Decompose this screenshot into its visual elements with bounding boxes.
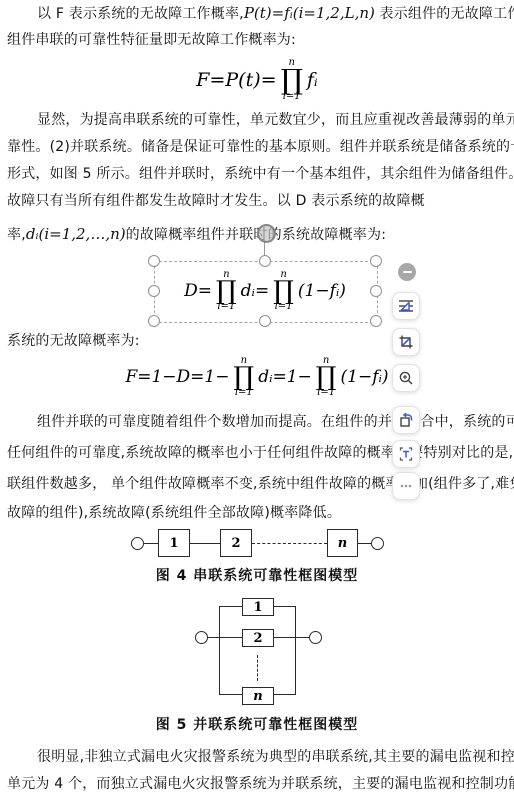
selection-box[interactable] — [154, 261, 378, 323]
terminal-circle — [131, 537, 144, 550]
formula-text: F=P(t)= — [196, 69, 276, 91]
rotate-icon — [398, 412, 414, 428]
selection-handle-bottom-left[interactable] — [148, 315, 160, 327]
connector-line — [144, 543, 158, 544]
text-line: 联组件数越多， 单个组件故障概率不变,系统中组件故障的概率增加(组件多了,难免会… — [7, 475, 514, 494]
block-n: n — [242, 687, 274, 705]
crop-button[interactable] — [392, 328, 420, 356]
text-line: 单元为 4 个，而独立式漏电火灾报警系统为并联系统，主要的漏电监视和控制功能单元… — [7, 775, 514, 794]
product-operator: n∏i=1 — [316, 356, 337, 398]
wrap-layout-icon — [398, 298, 414, 314]
extract-text-button[interactable] — [392, 440, 420, 468]
zoom-in-icon — [398, 370, 414, 386]
rotate-button[interactable] — [392, 406, 420, 434]
crop-icon — [398, 334, 414, 350]
text-line: 很明显,非独立式漏电火灾报警系统为典型的串联系统,其主要的漏电监视和控制功能 — [7, 748, 514, 767]
selection-handle-mid-left[interactable] — [148, 285, 160, 297]
zoom-in-button[interactable] — [392, 364, 420, 392]
rotation-handle[interactable] — [257, 224, 276, 243]
more-options-icon — [398, 478, 414, 494]
terminal-circle — [309, 631, 322, 644]
right-bus — [295, 606, 296, 695]
selection-handle-top-left[interactable] — [148, 255, 160, 267]
dashed-connector — [252, 543, 327, 544]
block-1: 1 — [242, 598, 274, 616]
p1-text: 表示组件的无故障工作概率, — [375, 6, 514, 22]
formula-text: F=1−D=1− — [125, 367, 229, 387]
connector-line — [190, 543, 220, 544]
text-line: 任何组件的可靠度,系统故障的概率也小于任何组件故障的概率需要特别对比的是,系统并 — [7, 444, 514, 463]
dashed-connector — [257, 655, 258, 681]
inline-math: dᵢ(i=1,2,…,n) — [26, 225, 126, 243]
figure4-caption: 图 4 串联系统可靠性框图模型 — [0, 565, 514, 585]
selection-handle-top-center[interactable] — [259, 255, 271, 267]
collapse-minus-icon — [403, 271, 412, 273]
p2-text: 率, — [7, 227, 26, 243]
block-2: 2 — [220, 529, 252, 557]
text-line: 以 F 表示系统的无故障工作概率,P(t)=fᵢ(i=1,2,L,n) 表示组件… — [7, 4, 514, 24]
terminal-circle — [371, 537, 384, 550]
formula-text: dᵢ=1− — [258, 367, 312, 387]
block-1: 1 — [158, 529, 190, 557]
text-line: 显然，为提高串联系统的可靠性，单元数宜少，而且应重视改善最薄弱的单元的可 — [7, 111, 514, 130]
text-line: 系统的无故障概率为: — [7, 332, 140, 351]
text-line: 靠性。(2)并联系统。储备是保证可靠性的基本原则。组件并联系统是储备系统的一种 — [7, 138, 514, 157]
connector-line — [358, 543, 371, 544]
wrap-layout-button[interactable] — [392, 292, 420, 320]
extract-text-icon — [398, 446, 414, 462]
p1-text: 以 F 表示系统的无故障工作概率, — [37, 6, 244, 22]
text-line: 故障的组件),系统故障(系统组件全部故障)概率降低。 — [7, 504, 341, 523]
text-line: 率,dᵢ(i=1,2,…,n)的故障概率组件并联时的系统故障概率为: — [7, 225, 386, 245]
left-bus — [219, 606, 220, 695]
figure5-caption: 图 5 并联系统可靠性框图模型 — [0, 714, 514, 734]
block-2: 2 — [242, 629, 274, 647]
text-line: 组件并联的可靠度随着组件个数增加而提高。在组件的并联组合中，系统的可靠度高于 — [7, 413, 514, 432]
selection-handle-bottom-center[interactable] — [259, 315, 271, 327]
terminal-circle — [195, 631, 208, 644]
formula-series-reliability: F=P(t)= n∏i=1 fᵢ — [0, 54, 514, 106]
formula-parallel-reliability: F=1−D=1− n∏i=1 dᵢ=1− n∏i=1 (1−fᵢ) — [0, 350, 514, 404]
inline-math: P(t)=fᵢ(i=1,2,L,n) — [244, 4, 375, 22]
collapse-toolbar-button[interactable] — [398, 263, 416, 281]
product-operator: n∏i=1 — [233, 356, 254, 398]
block-n: n — [327, 529, 358, 557]
selection-handle-mid-right[interactable] — [370, 285, 382, 297]
p2-text: 的故障概率组件并联时的系统故障概率为: — [126, 227, 387, 243]
selection-handle-bottom-right[interactable] — [370, 315, 382, 327]
text-line: 故障只有当所有组件都发生故障时才发生。以 D 表示系统的故障概 — [7, 192, 425, 211]
formula-text: fᵢ — [307, 69, 318, 91]
text-line: 形式，如图 5 所示。组件并联时，系统中有一个基本组件，其余组件为储备组件。系统 — [7, 165, 514, 184]
more-options-button[interactable] — [392, 472, 420, 500]
product-operator: n∏i=1 — [281, 58, 303, 102]
selection-handle-top-right[interactable] — [370, 255, 382, 267]
formula-text: (1−fᵢ) — [341, 367, 389, 387]
document-page: 以 F 表示系统的无故障工作概率,P(t)=fᵢ(i=1,2,L,n) 表示组件… — [0, 0, 514, 796]
text-line: 组件串联的可靠性特征量即无故障工作概率为: — [7, 31, 296, 50]
